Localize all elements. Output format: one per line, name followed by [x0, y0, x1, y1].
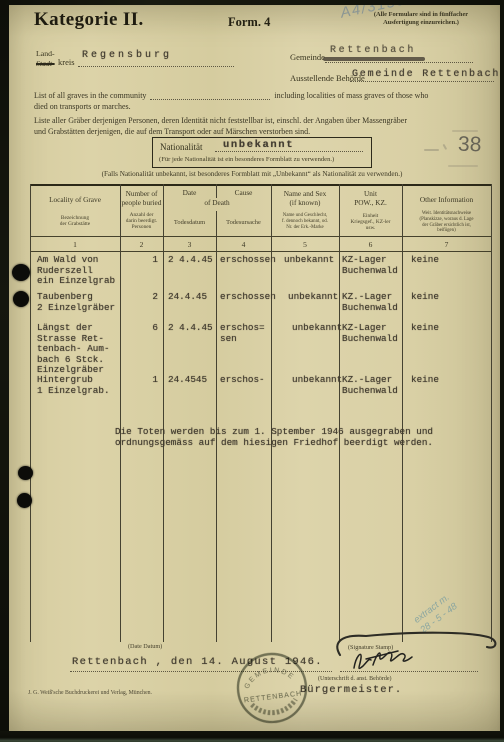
- table-numbers-rule: [30, 251, 492, 252]
- header-en-other: Other Information: [402, 196, 491, 205]
- cell-count: 2: [122, 292, 158, 303]
- gemeinde-label: Gemeinde: [290, 52, 325, 62]
- cell-other: keine: [411, 323, 489, 334]
- header-en-date: Date: [163, 189, 216, 198]
- gemeinde-value: Rettenbach: [330, 45, 416, 56]
- cell-other: keine: [411, 255, 489, 266]
- scan-edge-top: [0, 0, 504, 5]
- header-de-locality: Bezeichnung der Grabstätte: [30, 215, 120, 227]
- col-number-4: 4: [216, 240, 271, 249]
- cell-locality: Längst der Strasse Ret- tenbach- Aum- ba…: [37, 323, 121, 376]
- cell-date: 2 4.4.45: [168, 323, 218, 334]
- english-intro-line1: List of all graves in the community incl…: [34, 91, 494, 100]
- cell-cause: erschossen: [220, 255, 280, 266]
- nationality-box-note: (Für jede Nationalität ist ein besondere…: [159, 156, 334, 163]
- col-divider-4: [271, 184, 272, 642]
- cell-other: keine: [411, 292, 489, 303]
- header-en-unit: Unit POW., KZ.: [339, 190, 402, 207]
- cell-unit: KZ.-Lager Buchenwald: [342, 292, 402, 313]
- kreis-value: Regensburg: [82, 50, 172, 61]
- municipal-round-stamp: GEMEINDE RETTENBACH: [229, 645, 316, 732]
- nationality-label: Nationalität: [160, 142, 203, 152]
- header-en-name-sex: Name and Sex (if known): [271, 190, 339, 207]
- behoerde-dotted-line: [350, 81, 494, 82]
- col-divider-2: [163, 184, 164, 642]
- pencil-number-38: 38: [458, 133, 482, 158]
- header-en-number: Number of people buried: [120, 190, 163, 207]
- scan-edge-right: [500, 0, 504, 742]
- scan-edge-bottom: [0, 731, 504, 742]
- cell-cause: erschos= sen: [220, 323, 280, 344]
- nationality-footnote: (Falls Nationalität unbekannt, ist beson…: [42, 170, 462, 178]
- faint-stamp-mark-dots2: [452, 130, 478, 132]
- stadt-label-struck: Stadt-: [36, 59, 55, 68]
- header-de-unit: Einheit Kriegsgef., KZ-ler usw.: [339, 213, 402, 232]
- header-de-date: Todesdatum: [163, 220, 216, 226]
- form-number: Form. 4: [228, 15, 270, 30]
- hole-punch: [12, 264, 30, 281]
- faint-stamp-mark-tick: [443, 144, 447, 150]
- english-intro-start: List of all graves in the community: [34, 91, 146, 100]
- form-category-title: Kategorie II.: [34, 9, 144, 31]
- col-divider-5: [339, 184, 340, 642]
- faint-stamp-mark-dots: [448, 165, 478, 167]
- cell-count: 1: [122, 375, 158, 386]
- behoerde-value: Gemeinde Rettenbach: [352, 69, 500, 80]
- cell-count: 1: [122, 255, 158, 266]
- land-label: Land-: [36, 49, 55, 58]
- cell-other: keine: [411, 375, 489, 386]
- cell-unit: KZ-Lager Buchenwald: [342, 323, 402, 344]
- printer-imprint: J. G. Weiß'sche Buchdruckerei und Verlag…: [28, 690, 152, 696]
- cell-date: 24.4.45: [168, 292, 218, 303]
- svg-text:GEMEINDE: GEMEINDE: [242, 664, 297, 691]
- kreis-label: kreis: [58, 57, 75, 67]
- german-intro-line2: und Grabstätten derjenigen, die auf dem …: [34, 126, 472, 137]
- cell-locality: Hintergrub 1 Einzelgrab.: [37, 375, 121, 396]
- exhumation-note: Die Toten werden bis zum 1. Sptember 194…: [115, 427, 445, 448]
- col-divider-6: [402, 184, 403, 642]
- col-number-1: 1: [30, 240, 120, 249]
- header-de-name-sex: Name und Geschlecht, f. dennoch bekannt,…: [271, 213, 339, 232]
- col-number-7: 7: [402, 240, 491, 249]
- german-intro-line1: Liste aller Gräber derjenigen Personen, …: [34, 115, 472, 126]
- header-en-cause: Cause: [216, 189, 271, 198]
- nationality-value: unbekannt: [223, 139, 294, 151]
- scanned-form-kategorie-ii: { "header": { "category": "Kategorie II.…: [0, 0, 504, 742]
- hole-punch: [18, 466, 33, 480]
- english-intro-fill-line: [150, 99, 270, 100]
- english-intro-cont: including localities of mass graves of t…: [274, 91, 428, 100]
- cell-name: unbekannt: [284, 255, 344, 266]
- table-header-rule: [30, 236, 492, 237]
- cell-cause: erschos-: [220, 375, 280, 386]
- header-de-number: Anzahl der darin beerdigt. Personen: [120, 212, 163, 231]
- col-number-5: 5: [271, 240, 339, 249]
- col-divider-1: [120, 184, 121, 642]
- header-en-of-death-span: of Death: [163, 199, 271, 208]
- graves-table: Locality of Grave Number of people burie…: [30, 184, 492, 650]
- table-border-right: [491, 184, 492, 642]
- nationality-box: Nationalität unbekannt (Für jede Nationa…: [152, 137, 372, 168]
- hole-punch: [13, 291, 29, 307]
- cell-unit: KZ-Lager Buchenwald: [342, 255, 402, 276]
- header-de-other: Weit. Identitätsnachweise (Planskizze, w…: [402, 211, 491, 234]
- english-intro-line2: died on transports or marches.: [34, 102, 131, 111]
- stamp-text-top: GEMEINDE: [242, 664, 297, 691]
- table-border-left: [30, 184, 31, 642]
- cell-count: 6: [122, 323, 158, 334]
- cell-name: unbekannt: [288, 292, 348, 303]
- gemeinde-dotted-line: [325, 62, 473, 63]
- faint-stamp-mark-dash: [424, 149, 439, 151]
- paper-background: Kategorie II. Form. 4 (Alle Formulare si…: [0, 0, 504, 742]
- col-number-2: 2: [120, 240, 163, 249]
- cell-locality: Taubenberg 2 Einzelgräber: [37, 292, 121, 313]
- signature-sub-label: (Unterschrift d. anst. Behörde): [318, 676, 391, 682]
- nationality-dotted-line: [215, 151, 363, 152]
- scan-edge-left: [0, 0, 9, 742]
- gemeinde-pencil-underline: [323, 57, 425, 61]
- signature: [346, 646, 466, 676]
- cell-date: 2 4.4.45: [168, 255, 218, 266]
- col-number-6: 6: [339, 240, 402, 249]
- cell-date: 24.4545: [168, 375, 218, 386]
- col-number-3: 3: [163, 240, 216, 249]
- hole-punch: [17, 493, 32, 508]
- signer-title: Bürgermeister.: [300, 684, 402, 696]
- cell-locality: Am Wald von Ruderszell ein Einzelgrab: [37, 255, 121, 287]
- cell-cause: erschossen: [220, 292, 280, 303]
- table-top-rule: [30, 184, 492, 186]
- date-label: (Date Datum): [128, 643, 162, 650]
- kreis-underline: [78, 66, 234, 67]
- header-en-locality: Locality of Grave: [30, 196, 120, 205]
- header-de-cause: Todesursache: [216, 220, 271, 226]
- cell-unit: KZ.-Lager Buchenwald: [342, 375, 402, 396]
